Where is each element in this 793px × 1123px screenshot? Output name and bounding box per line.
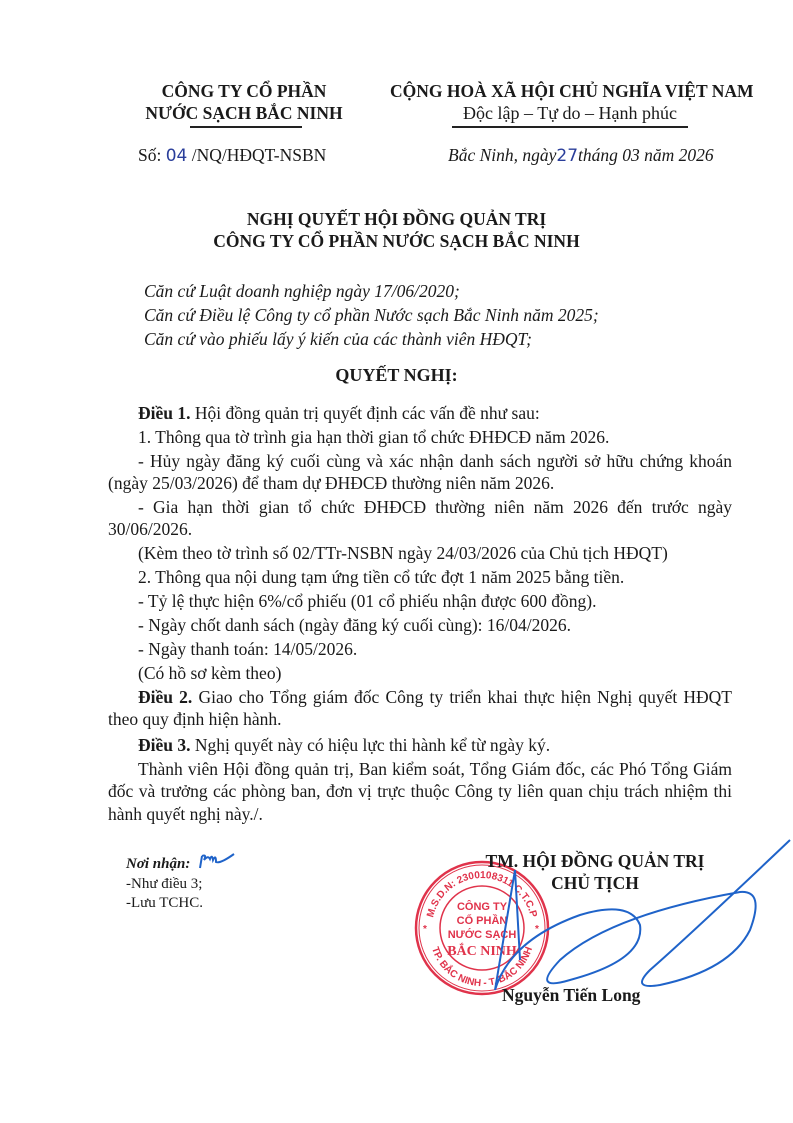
article-1-item-1: 1. Thông qua tờ trình gia hạn thời gian … <box>138 426 609 448</box>
article-1-item-2: 2. Thông qua nội dung tạm ứng tiền cổ tứ… <box>138 566 624 588</box>
date-suffix: tháng 03 năm 2026 <box>578 145 714 165</box>
article-3-text: Nghị quyết này có hiệu lực thi hành kể t… <box>191 735 551 755</box>
handwritten-signature <box>490 820 793 1000</box>
national-motto: Độc lập – Tự do – Hạnh phúc <box>390 102 750 124</box>
svg-text:*: * <box>423 924 427 935</box>
motto-underline <box>452 126 688 128</box>
article-1-item-2-bullet-3: - Ngày thanh toán: 14/05/2026. <box>138 638 357 660</box>
resolution-title-line1: NGHỊ QUYẾT HỘI ĐỒNG QUẢN TRỊ <box>0 208 793 230</box>
document-number: Số: 04 /NQ/HĐQT-NSBN <box>138 144 326 167</box>
recipient-item-2: -Lưu TCHC. <box>126 895 203 912</box>
article-3: Điều 3. Nghị quyết này có hiệu lực thi h… <box>138 734 550 756</box>
date-prefix: Bắc Ninh, ngày <box>448 145 556 165</box>
place-and-date: Bắc Ninh, ngày27tháng 03 năm 2026 <box>448 144 714 167</box>
article-1-item-2-bullet-2: - Ngày chốt danh sách (ngày đăng ký cuối… <box>138 614 571 636</box>
article-1-item-2-attachment: (Có hồ sơ kèm theo) <box>138 662 281 684</box>
article-1-item-1-bullet-2: - Gia hạn thời gian tổ chức ĐHĐCĐ thường… <box>108 496 732 541</box>
article-1-item-1-bullet-1: - Hủy ngày đăng ký cuối cùng và xác nhận… <box>108 450 732 495</box>
article-2-text: Giao cho Tổng giám đốc Công ty triển kha… <box>108 687 732 729</box>
legal-basis-3: Căn cứ vào phiếu lấy ý kiến của các thàn… <box>144 328 532 350</box>
doc-number-suffix: /NQ/HĐQT-NSBN <box>187 145 326 165</box>
doc-number-prefix: Số: <box>138 145 166 165</box>
article-2-label: Điều 2. <box>138 687 192 707</box>
recipient-item-1: -Như điều 3; <box>126 876 202 893</box>
article-1-label: Điều 1. <box>138 403 191 423</box>
country-name: CỘNG HOÀ XÃ HỘI CHỦ NGHĨA VIỆT NAM <box>390 80 750 102</box>
legal-basis-2: Căn cứ Điều lệ Công ty cổ phần Nước sạch… <box>144 304 599 326</box>
date-day-handwritten: 27 <box>556 146 578 166</box>
article-1-item-1-attachment: (Kèm theo tờ trình số 02/TTr-NSBN ngày 2… <box>138 542 668 564</box>
article-3-closing: Thành viên Hội đồng quản trị, Ban kiểm s… <box>108 758 732 825</box>
company-name-line2: NƯỚC SẠCH BẮC NINH <box>110 102 378 124</box>
doc-number-handwritten: 04 <box>166 146 188 166</box>
resolves-heading: QUYẾT NGHỊ: <box>0 364 793 386</box>
company-underline <box>190 126 302 128</box>
resolution-title-line2: CÔNG TY CỔ PHẦN NƯỚC SẠCH BẮC NINH <box>0 230 793 252</box>
initials-mark <box>198 850 238 872</box>
article-3-label: Điều 3. <box>138 735 191 755</box>
recipients-label: Nơi nhận: <box>126 856 190 873</box>
article-1-text: Hội đồng quản trị quyết định các vấn đề … <box>191 403 540 423</box>
article-1: Điều 1. Hội đồng quản trị quyết định các… <box>138 402 540 424</box>
signer-name: Nguyễn Tiến Long <box>502 984 640 1006</box>
article-1-item-2-bullet-1: - Tỷ lệ thực hiện 6%/cổ phiếu (01 cổ phi… <box>138 590 597 612</box>
company-name-line1: CÔNG TY CỔ PHẦN <box>110 80 378 102</box>
legal-basis-1: Căn cứ Luật doanh nghiệp ngày 17/06/2020… <box>144 280 460 302</box>
article-2: Điều 2. Giao cho Tổng giám đốc Công ty t… <box>108 686 732 731</box>
